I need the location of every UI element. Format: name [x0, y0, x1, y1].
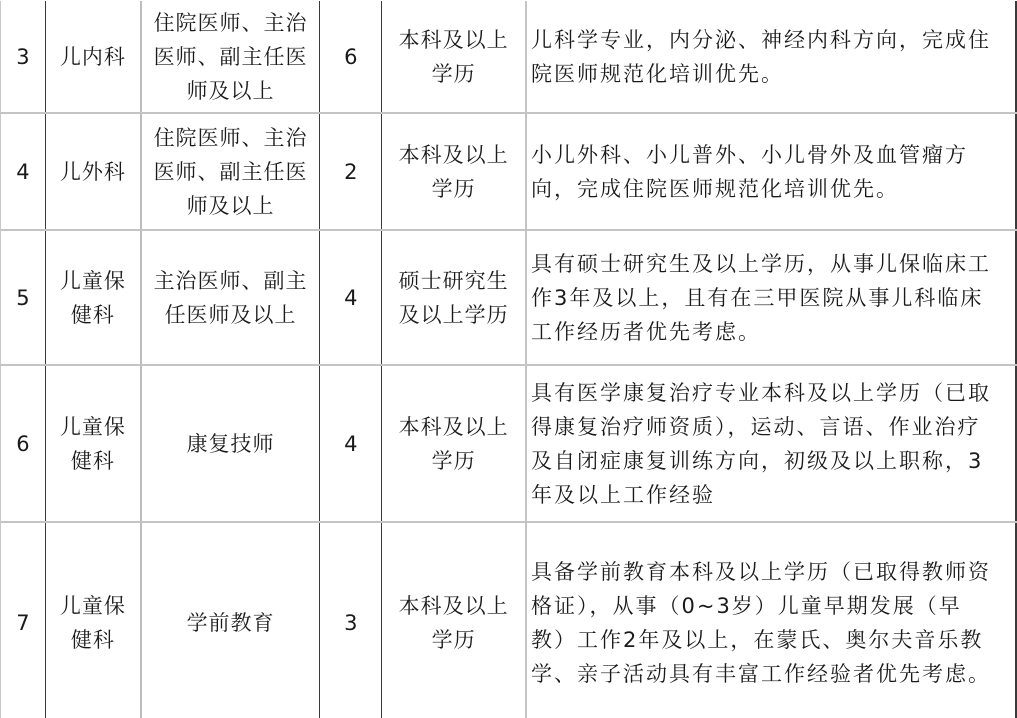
- row-number: 6: [1, 427, 45, 461]
- row-number: 3: [1, 40, 45, 74]
- row-number-cell: 4: [1, 113, 46, 230]
- position-title: 住院医师、主治 医师、副主任医 师及以上: [142, 6, 320, 108]
- education-cell: 本科及以上 学历: [382, 113, 526, 230]
- department: 儿童保 健科: [46, 410, 140, 478]
- headcount: 4: [320, 281, 381, 315]
- department-cell: 儿外科: [45, 113, 140, 230]
- headcount: 3: [320, 606, 381, 640]
- department: 儿内科: [46, 40, 140, 74]
- table-row: 3 儿内科 住院医师、主治 医师、副主任医 师及以上 6 本科及以上 学历 儿科…: [1, 1, 1017, 113]
- headcount-cell: 3: [320, 522, 382, 718]
- position-title: 住院医师、主治 医师、副主任医 师及以上: [142, 121, 320, 223]
- headcount-cell: 4: [320, 230, 382, 365]
- row-number: 4: [1, 155, 45, 189]
- recruitment-table: 3 儿内科 住院医师、主治 医师、副主任医 师及以上 6 本科及以上 学历 儿科…: [0, 1, 1017, 718]
- department-cell: 儿童保 健科: [45, 522, 140, 718]
- department-cell: 儿内科: [45, 1, 140, 113]
- table-row: 7 儿童保 健科 学前教育 3 本科及以上 学历 具备学前教育本科及以上学历（已…: [1, 522, 1017, 718]
- row-number-cell: 5: [1, 230, 46, 365]
- requirements-cell: 具有医学康复治疗专业本科及以上学历（已取 得康复治疗师资质），运动、言语、作业治…: [526, 365, 1016, 522]
- headcount-cell: 6: [320, 1, 382, 113]
- education: 本科及以上 学历: [382, 410, 525, 478]
- position-title-cell: 主治医师、副主 任医师及以上: [141, 230, 320, 365]
- requirements: 具有医学康复治疗专业本科及以上学历（已取 得康复治疗师资质），运动、言语、作业治…: [531, 376, 1015, 512]
- education: 硕士研究生 及以上学历: [382, 264, 525, 332]
- row-number: 5: [1, 281, 45, 315]
- education-cell: 本科及以上 学历: [382, 365, 526, 522]
- requirements-cell: 具备学前教育本科及以上学历（已取得教师资 格证），从事（0~3岁）儿童早期发展（…: [526, 522, 1016, 718]
- position-title: 康复技师: [142, 427, 320, 461]
- position-title-cell: 学前教育: [141, 522, 320, 718]
- headcount-cell: 2: [320, 113, 382, 230]
- headcount: 4: [320, 427, 381, 461]
- headcount: 2: [320, 155, 381, 189]
- requirements-cell: 小儿外科、小儿普外、小儿骨外及血管瘤方 向，完成住院医师规范化培训优先。: [526, 113, 1016, 230]
- table-row: 6 儿童保 健科 康复技师 4 本科及以上 学历 具有医学康复治疗专业本科及以上…: [1, 365, 1017, 522]
- department: 儿童保 健科: [46, 264, 140, 332]
- department: 儿外科: [46, 155, 140, 189]
- position-title-cell: 住院医师、主治 医师、副主任医 师及以上: [141, 113, 320, 230]
- row-number-cell: 3: [1, 1, 46, 113]
- row-number-cell: 6: [1, 365, 46, 522]
- position-title-cell: 住院医师、主治 医师、副主任医 师及以上: [141, 1, 320, 113]
- table-row: 4 儿外科 住院医师、主治 医师、副主任医 师及以上 2 本科及以上 学历 小儿…: [1, 113, 1017, 230]
- headcount: 6: [320, 40, 381, 74]
- row-number-cell: 7: [1, 522, 46, 718]
- requirements-cell: 具有硕士研究生及以上学历，从事儿保临床工 作3年及以上，且有在三甲医院从事儿科临…: [526, 230, 1016, 365]
- requirements: 具有硕士研究生及以上学历，从事儿保临床工 作3年及以上，且有在三甲医院从事儿科临…: [531, 247, 1015, 349]
- education-cell: 本科及以上 学历: [382, 522, 526, 718]
- requirements: 小儿外科、小儿普外、小儿骨外及血管瘤方 向，完成住院医师规范化培训优先。: [531, 138, 1015, 206]
- row-number: 7: [1, 606, 45, 640]
- position-title: 主治医师、副主 任医师及以上: [142, 264, 320, 332]
- education-cell: 本科及以上 学历: [382, 1, 526, 113]
- department-cell: 儿童保 健科: [45, 230, 140, 365]
- education-cell: 硕士研究生 及以上学历: [382, 230, 526, 365]
- requirements: 具备学前教育本科及以上学历（已取得教师资 格证），从事（0~3岁）儿童早期发展（…: [531, 555, 1015, 691]
- position-title-cell: 康复技师: [141, 365, 320, 522]
- headcount-cell: 4: [320, 365, 382, 522]
- education: 本科及以上 学历: [382, 138, 525, 206]
- table-row: 5 儿童保 健科 主治医师、副主 任医师及以上 4 硕士研究生 及以上学历 具有…: [1, 230, 1017, 365]
- department-cell: 儿童保 健科: [45, 365, 140, 522]
- education: 本科及以上 学历: [382, 589, 525, 657]
- education: 本科及以上 学历: [382, 23, 525, 91]
- requirements-cell: 儿科学专业，内分泌、神经内科方向，完成住 院医师规范化培训优先。: [526, 1, 1016, 113]
- requirements: 儿科学专业，内分泌、神经内科方向，完成住 院医师规范化培训优先。: [531, 23, 1015, 91]
- position-title: 学前教育: [142, 606, 320, 640]
- department: 儿童保 健科: [46, 589, 140, 657]
